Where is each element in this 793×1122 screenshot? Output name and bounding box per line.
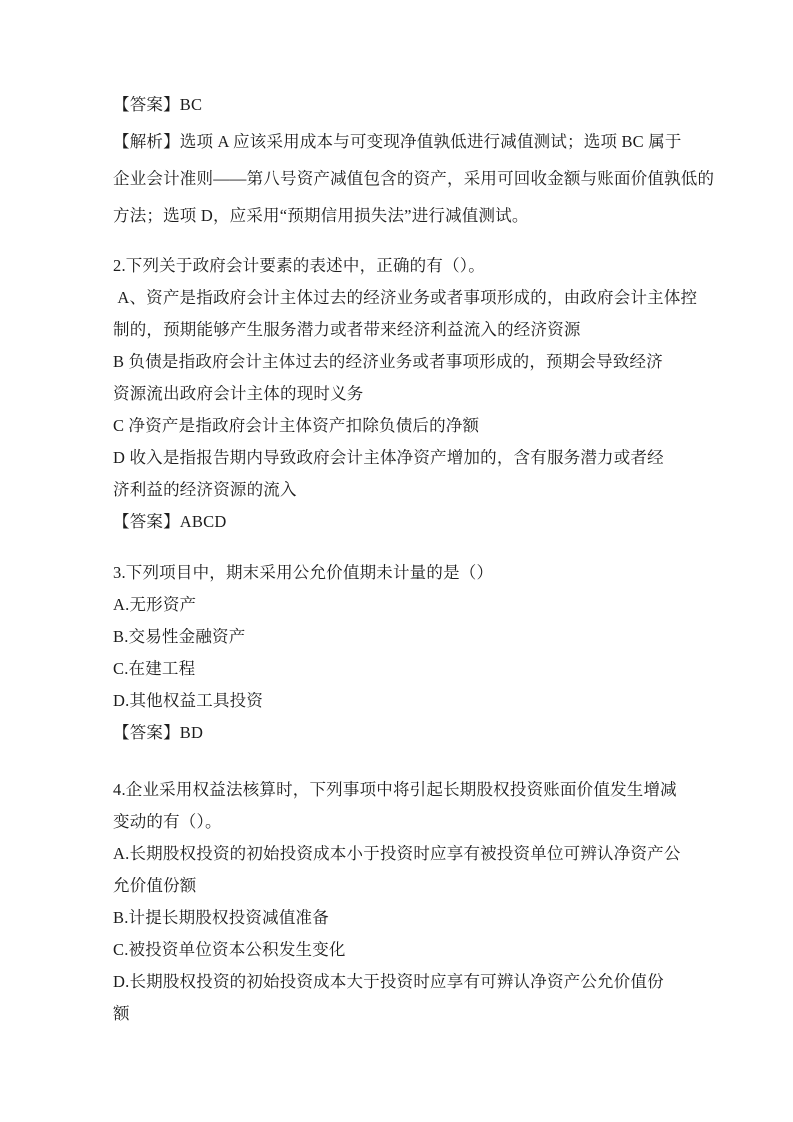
option-d-continuation: 额 [113, 998, 731, 1030]
option-a-continuation: 制的，预期能够产生服务潜力或者带来经济利益流入的经济资源 [113, 314, 731, 346]
option-d: D.长期股权投资的初始投资成本大于投资时应享有可辨认净资产公允价值份 [113, 966, 731, 998]
option-c: C.被投资单位资本公积发生变化 [113, 934, 731, 966]
question-stem: 4.企业采用权益法核算时，下列事项中将引起长期股权投资账面价值发生增减 [113, 774, 731, 806]
question-4-block: 4.企业采用权益法核算时，下列事项中将引起长期股权投资账面价值发生增减 变动的有… [113, 774, 731, 1030]
analysis-line: 【解析】选项 A 应该采用成本与可变现净值孰低进行减值测试；选项 BC 属于 [113, 123, 731, 160]
option-d-continuation: 济利益的经济资源的流入 [113, 474, 731, 506]
question-stem: 2.下列关于政府会计要素的表述中，正确的有（）。 [113, 250, 731, 282]
option-b-continuation: 资源流出政府会计主体的现时义务 [113, 378, 731, 410]
option-c: C 净资产是指政府会计主体资产扣除负债后的净额 [113, 410, 731, 442]
option-b: B.计提长期股权投资减值准备 [113, 902, 731, 934]
document-content: 【答案】BC 【解析】选项 A 应该采用成本与可变现净值孰低进行减值测试；选项 … [113, 86, 731, 1030]
question-2-block: 2.下列关于政府会计要素的表述中，正确的有（）。 A、资产是指政府会计主体过去的… [113, 250, 731, 538]
answer-line: 【答案】BD [113, 717, 731, 749]
option-c: C.在建工程 [113, 653, 731, 685]
option-d: D.其他权益工具投资 [113, 685, 731, 717]
question-stem: 3.下列项目中，期末采用公允价值期未计量的是（） [113, 557, 731, 589]
option-a: A.长期股权投资的初始投资成本小于投资时应享有被投资单位可辨认净资产公 [113, 838, 731, 870]
answer-line: 【答案】BC [113, 86, 731, 123]
option-a: A、资产是指政府会计主体过去的经济业务或者事项形成的，由政府会计主体控 [113, 282, 731, 314]
option-d: D 收入是指报告期内导致政府会计主体净资产增加的，含有服务潜力或者经 [113, 442, 731, 474]
option-a: A.无形资产 [113, 589, 731, 621]
answer-line: 【答案】ABCD [113, 506, 731, 538]
question-1-answer-block: 【答案】BC 【解析】选项 A 应该采用成本与可变现净值孰低进行减值测试；选项 … [113, 86, 731, 234]
option-b: B.交易性金融资产 [113, 621, 731, 653]
question-3-block: 3.下列项目中，期末采用公允价值期未计量的是（） A.无形资产 B.交易性金融资… [113, 557, 731, 749]
document-page: 【答案】BC 【解析】选项 A 应该采用成本与可变现净值孰低进行减值测试；选项 … [0, 0, 793, 1122]
option-b: B 负债是指政府会计主体过去的经济业务或者事项形成的，预期会导致经济 [113, 346, 731, 378]
option-a-continuation: 允价值份额 [113, 870, 731, 902]
question-stem-continuation: 变动的有（）。 [113, 806, 731, 838]
analysis-line-continuation: 方法；选项 D，应采用“预期信用损失法”进行减值测试。 [113, 197, 731, 234]
analysis-line-continuation: 企业会计准则——第八号资产减值包含的资产，采用可回收金额与账面价值孰低的 [113, 160, 731, 197]
